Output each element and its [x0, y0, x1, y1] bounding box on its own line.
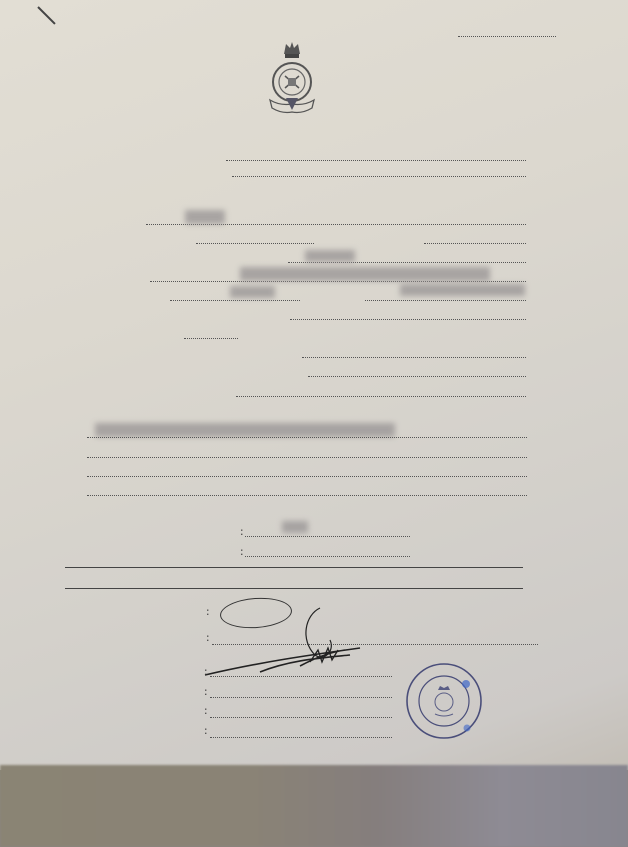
colon: : — [204, 725, 208, 737]
officer-signature-field[interactable] — [210, 676, 392, 677]
citizenship-field[interactable] — [424, 243, 526, 244]
redacted-phone — [230, 286, 275, 298]
redacted-passport — [305, 250, 355, 262]
colon: : — [240, 526, 244, 538]
redacted-name — [185, 210, 225, 224]
officer-rank-field[interactable] — [210, 717, 392, 718]
name-field[interactable] — [146, 224, 526, 225]
email-field[interactable] — [365, 300, 526, 301]
serial-line — [458, 36, 556, 37]
addressee-line — [226, 160, 526, 161]
colon: : — [204, 705, 208, 717]
officer-name-field[interactable] — [210, 697, 392, 698]
redacted-address — [240, 267, 490, 281]
district-line — [232, 176, 526, 177]
applicant-date-field[interactable] — [245, 556, 410, 557]
vehicle-field[interactable] — [290, 319, 526, 320]
passport-field[interactable] — [288, 262, 526, 263]
destination-field[interactable] — [236, 396, 526, 397]
ic-field[interactable] — [196, 243, 314, 244]
reason-line-2[interactable] — [87, 457, 527, 458]
redacted-reason — [95, 423, 395, 437]
applicant-signature-field[interactable] — [245, 536, 410, 537]
officer-date-field[interactable] — [210, 737, 392, 738]
colon: : — [204, 666, 208, 678]
reason-line-4[interactable] — [87, 495, 527, 496]
background-surface — [0, 765, 628, 847]
divider — [65, 567, 523, 568]
address-field[interactable] — [150, 281, 526, 282]
redacted-email — [400, 284, 525, 296]
colon: : — [204, 686, 208, 698]
phone-field[interactable] — [170, 300, 300, 301]
reason-line-1[interactable] — [87, 437, 527, 438]
divider — [65, 588, 523, 589]
colon: : — [240, 546, 244, 558]
round-stamp — [405, 662, 483, 740]
return-date-field[interactable] — [308, 376, 526, 377]
people-field[interactable] — [184, 338, 238, 339]
reason-line-3[interactable] — [87, 476, 527, 477]
leave-date-field[interactable] — [302, 357, 526, 358]
police-crest-icon — [266, 40, 318, 122]
officer-signature-scribble — [200, 600, 410, 680]
redacted-signature — [282, 521, 308, 533]
